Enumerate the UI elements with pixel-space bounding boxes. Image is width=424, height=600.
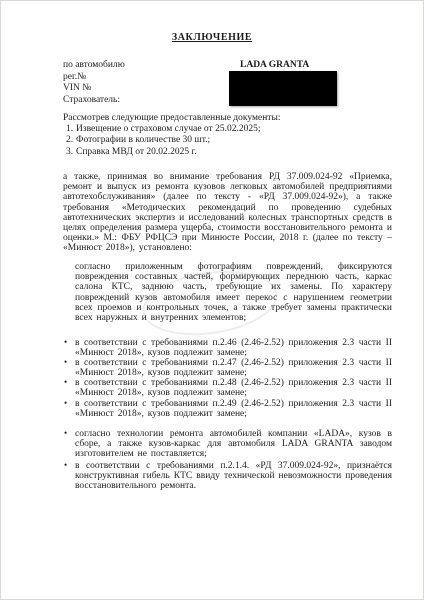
- list-item: 1. Извещение о страховом случае от 25.02…: [63, 124, 403, 135]
- list-item-text: в соответствии с требованиями п.2.46 (2.…: [75, 338, 392, 358]
- paragraph-rd-requirements: а также, принимая во внимание требования…: [63, 172, 392, 254]
- bullet-icon: •: [64, 460, 67, 470]
- list-item-text: Извещение о страховом случае от 25.02.20…: [76, 124, 260, 134]
- list-item: 3. Справка МВД от 20.02.2025 г.: [63, 147, 403, 158]
- bullet-icon: •: [64, 398, 67, 408]
- bullet-icon: •: [64, 428, 67, 438]
- redacted-block: [229, 71, 337, 106]
- list-item-text: в соответствии с требованиями п.2.48 (2.…: [75, 378, 392, 398]
- vehicle-model-value: LADA GRANTA: [240, 60, 309, 70]
- bullet-icon: •: [64, 357, 67, 367]
- list-item: • в соответствии с требованиями п.2.1.4.…: [63, 461, 392, 491]
- documents-list-block: Рассмотрев следующие предоставленные док…: [63, 113, 403, 158]
- list-item-number: 1.: [66, 124, 73, 135]
- bullet-icon: •: [64, 377, 67, 387]
- list-item: • в соответствии с требованиями п.2.46 (…: [63, 338, 392, 358]
- document-page: ЗАКЛЮЧЕНИЕ по автомобилю рег.№ VIN № Стр…: [0, 0, 424, 600]
- reg-number-label: рег.№: [63, 72, 125, 84]
- list-item-text: Справка МВД от 20.02.2025 г.: [76, 147, 197, 157]
- list-item: • в соответствии с требованиями п.2.48 (…: [63, 378, 392, 398]
- list-item-text: Фотографии в количестве 30 шт.;: [76, 135, 210, 145]
- bullet-list-minjust: • в соответствии с требованиями п.2.46 (…: [63, 338, 392, 419]
- vehicle-label: по автомобилю: [63, 60, 125, 72]
- list-item-text: в соответствии с требованиями п.2.47 (2.…: [75, 358, 392, 378]
- list-item: • согласно технологии ремонта автомобиле…: [63, 429, 392, 459]
- bullet-list-conclusion: • согласно технологии ремонта автомобиле…: [63, 429, 392, 494]
- paragraph-damage-description: согласно приложенным фотографиям поврежд…: [75, 262, 392, 323]
- page-title: ЗАКЛЮЧЕНИЕ: [0, 32, 424, 43]
- insured-label: Страхователь:: [63, 95, 125, 107]
- list-item-number: 2.: [66, 135, 73, 146]
- list-item-text: в соответствии с требованиями п.2.1.4. «…: [75, 461, 392, 491]
- list-item-number: 3.: [66, 147, 73, 158]
- documents-intro: Рассмотрев следующие предоставленные док…: [63, 113, 403, 124]
- list-item-text: в соответствии с требованиями п.2.49 (2.…: [75, 399, 392, 419]
- list-item: 2. Фотографии в количестве 30 шт.;: [63, 135, 403, 146]
- list-item-text: согласно технологии ремонта автомобилей …: [75, 429, 392, 459]
- vehicle-info-block: по автомобилю рег.№ VIN № Страхователь:: [63, 60, 125, 106]
- vin-label: VIN №: [63, 83, 125, 95]
- list-item: • в соответствии с требованиями п.2.49 (…: [63, 399, 392, 419]
- list-item: • в соответствии с требованиями п.2.47 (…: [63, 358, 392, 378]
- bullet-icon: •: [64, 337, 67, 347]
